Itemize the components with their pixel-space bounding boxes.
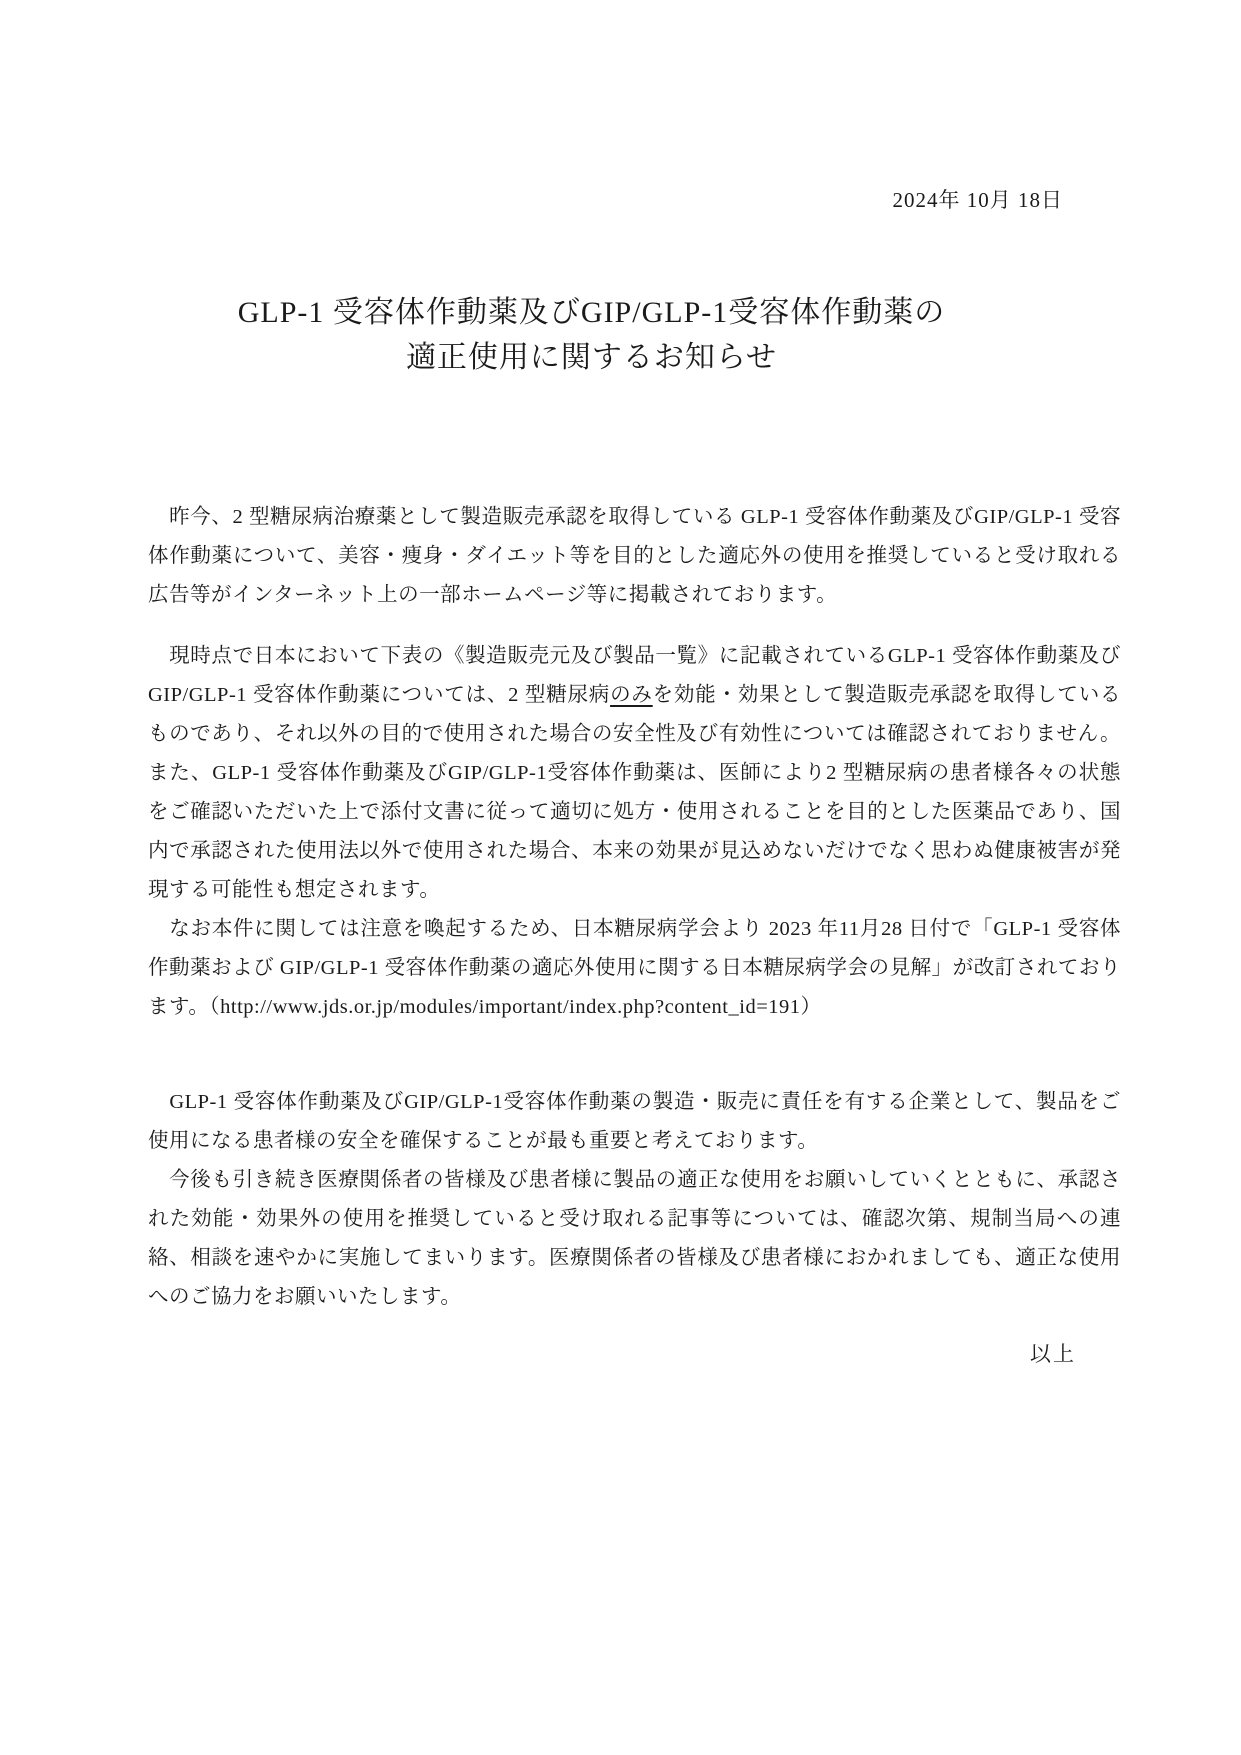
paragraph-approval-scope-after: を効能・効果として製造販売承認を取得しているものであり、それ以外の目的で使用され…	[148, 684, 1121, 901]
closing-mark: 以上	[148, 1335, 1121, 1374]
paragraph-jds-notice: なお本件に関しては注意を喚起するため、日本糖尿病学会より 2023 年11月28…	[148, 910, 1121, 1027]
paragraph-approval-scope: 現時点で日本において下表の《製造販売元及び製品一覧》に記載されているGLP-1 …	[148, 637, 1121, 910]
document-title-line1: GLP-1 受容体作動薬及びGIP/GLP-1受容体作動薬の	[148, 290, 1035, 335]
document-date: 2024年 10月 18日	[148, 186, 1121, 214]
paragraph-intro: 昨今、2 型糖尿病治療薬として製造販売承認を取得している GLP-1 受容体作動…	[148, 498, 1121, 615]
paragraph-future-actions: 今後も引き続き医療関係者の皆様及び患者様に製品の適正な使用をお願いしていくととも…	[148, 1161, 1121, 1317]
document-body: 昨今、2 型糖尿病治療薬として製造販売承認を取得している GLP-1 受容体作動…	[148, 498, 1121, 1374]
document-title: GLP-1 受容体作動薬及びGIP/GLP-1受容体作動薬の 適正使用に関するお…	[148, 290, 1035, 380]
document-title-line2: 適正使用に関するお知らせ	[148, 335, 1035, 380]
paragraph-approval-scope-underlined: のみ	[610, 684, 653, 706]
document-content: 2024年 10月 18日 GLP-1 受容体作動薬及びGIP/GLP-1受容体…	[0, 0, 1241, 1374]
document-page: 2024年 10月 18日 GLP-1 受容体作動薬及びGIP/GLP-1受容体…	[0, 0, 1241, 1755]
jds-url-text: （http://www.jds.or.jp/modules/important/…	[209, 996, 821, 1018]
paragraph-company-responsibility: GLP-1 受容体作動薬及びGIP/GLP-1受容体作動薬の製造・販売に責任を有…	[148, 1083, 1121, 1161]
